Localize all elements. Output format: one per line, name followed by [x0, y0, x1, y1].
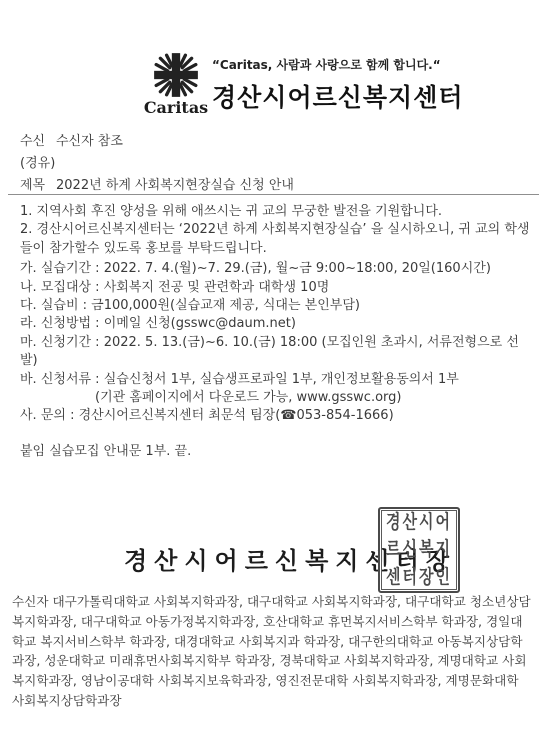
paragraph: 2. 경산시어르신복지센터는 ‘2022년 하계 사회복지현장실습’ 을 실시하… [20, 221, 536, 258]
via-row: (경유) [20, 153, 294, 175]
recipient-value: 수신자 참조 [56, 134, 123, 149]
letterhead-text: “Caritas, 사람과 사랑으로 함께 합니다.“ 경산시어르신복지센터 [212, 50, 464, 114]
seal-row: 경산시어 [380, 513, 458, 532]
recipient-row: 수신수신자 참조 [20, 131, 294, 153]
divider [8, 194, 539, 195]
seal-row: 르신복지 [380, 541, 458, 560]
recipient-label: 수신 [20, 131, 56, 153]
detail-line-download: (기관 홈페이지에서 다운로드 가능, www.gsswc.org) [20, 389, 536, 407]
letterhead: Caritas “Caritas, 사람과 사랑으로 함께 합니다.“ 경산시어… [146, 50, 464, 117]
detail-line-fee: 다. 실습비 : 금100,000원(실습교재 제공, 식대는 본인부담) [20, 297, 536, 315]
org-slogan: “Caritas, 사람과 사랑으로 함께 합니다.“ [212, 56, 464, 73]
detail-line-documents: 바. 신청서류 : 실습신청서 1부, 실습생프로파일 1부, 개인정보활용동의… [20, 371, 536, 389]
detail-line-apply-period: 마. 신청기간 : 2022. 5. 13.(금)~6. 10.(금) 18:0… [20, 334, 536, 371]
org-name: 경산시어르신복지센터 [212, 78, 464, 114]
attachment-note: 붙임 실습모집 안내문 1부. 끝. [20, 443, 536, 461]
details-list: 가. 실습기간 : 2022. 7. 4.(월)~7. 29.(금), 월~금 … [20, 260, 536, 426]
detail-line-target: 나. 모집대상 : 사회복지 전공 및 관련학과 대학생 10명 [20, 279, 536, 297]
document-page: Caritas “Caritas, 사람과 사랑으로 함께 합니다.“ 경산시어… [0, 0, 547, 749]
official-seal-stamp: 경산시어 르신복지 센터장인 [378, 507, 460, 593]
detail-line-period: 가. 실습기간 : 2022. 7. 4.(월)~7. 29.(금), 월~금 … [20, 260, 536, 278]
recipients-line: 복지학과장, 영남이공대학 사회복지보육학과장, 영진전문대학 사회복지학과장,… [12, 671, 538, 691]
recipients-line: 복지학과장, 대구대학교 아동가정복지학과장, 호산대학교 휴먼복지서비스학부 … [12, 612, 538, 632]
document-meta: 수신수신자 참조 (경유) 제목2022년 하계 사회복지현장실습 신청 안내 [20, 131, 294, 197]
recipients-line: 수신자 대구가톨릭대학교 사회복지학과장, 대구대학교 사회복지학과장, 대구대… [12, 592, 538, 612]
caritas-cross-icon [151, 50, 201, 100]
detail-line-method: 라. 신청방법 : 이메일 신청(gsswc@daum.net) [20, 315, 536, 333]
seal-row: 센터장인 [380, 568, 458, 587]
logo-wordmark: Caritas [144, 98, 208, 117]
detail-line-contact: 사. 문의 : 경산시어르신복지센터 최문석 팀장(☎053-854-1666) [20, 407, 536, 425]
paragraph: 1. 지역사회 후진 양성을 위해 애쓰시는 귀 교의 무궁한 발전을 기원합니… [20, 203, 536, 221]
recipients-line: 학교 복지서비스학부 학과장, 대경대학교 사회복지과 학과장, 대구한의대학교… [12, 632, 538, 652]
recipients-line: 과장, 성운대학교 미래휴먼사회복지학부 학과장, 경북대학교 사회복지학과장,… [12, 651, 538, 671]
subject-value: 2022년 하계 사회복지현장실습 신청 안내 [56, 178, 294, 193]
recipients-line: 사회복지상담학과장 [12, 691, 538, 711]
caritas-logo: Caritas [146, 50, 206, 117]
recipients-list: 수신자 대구가톨릭대학교 사회복지학과장, 대구대학교 사회복지학과장, 대구대… [12, 592, 538, 711]
document-body: 1. 지역사회 후진 양성을 위해 애쓰시는 귀 교의 무궁한 발전을 기원합니… [20, 203, 536, 461]
